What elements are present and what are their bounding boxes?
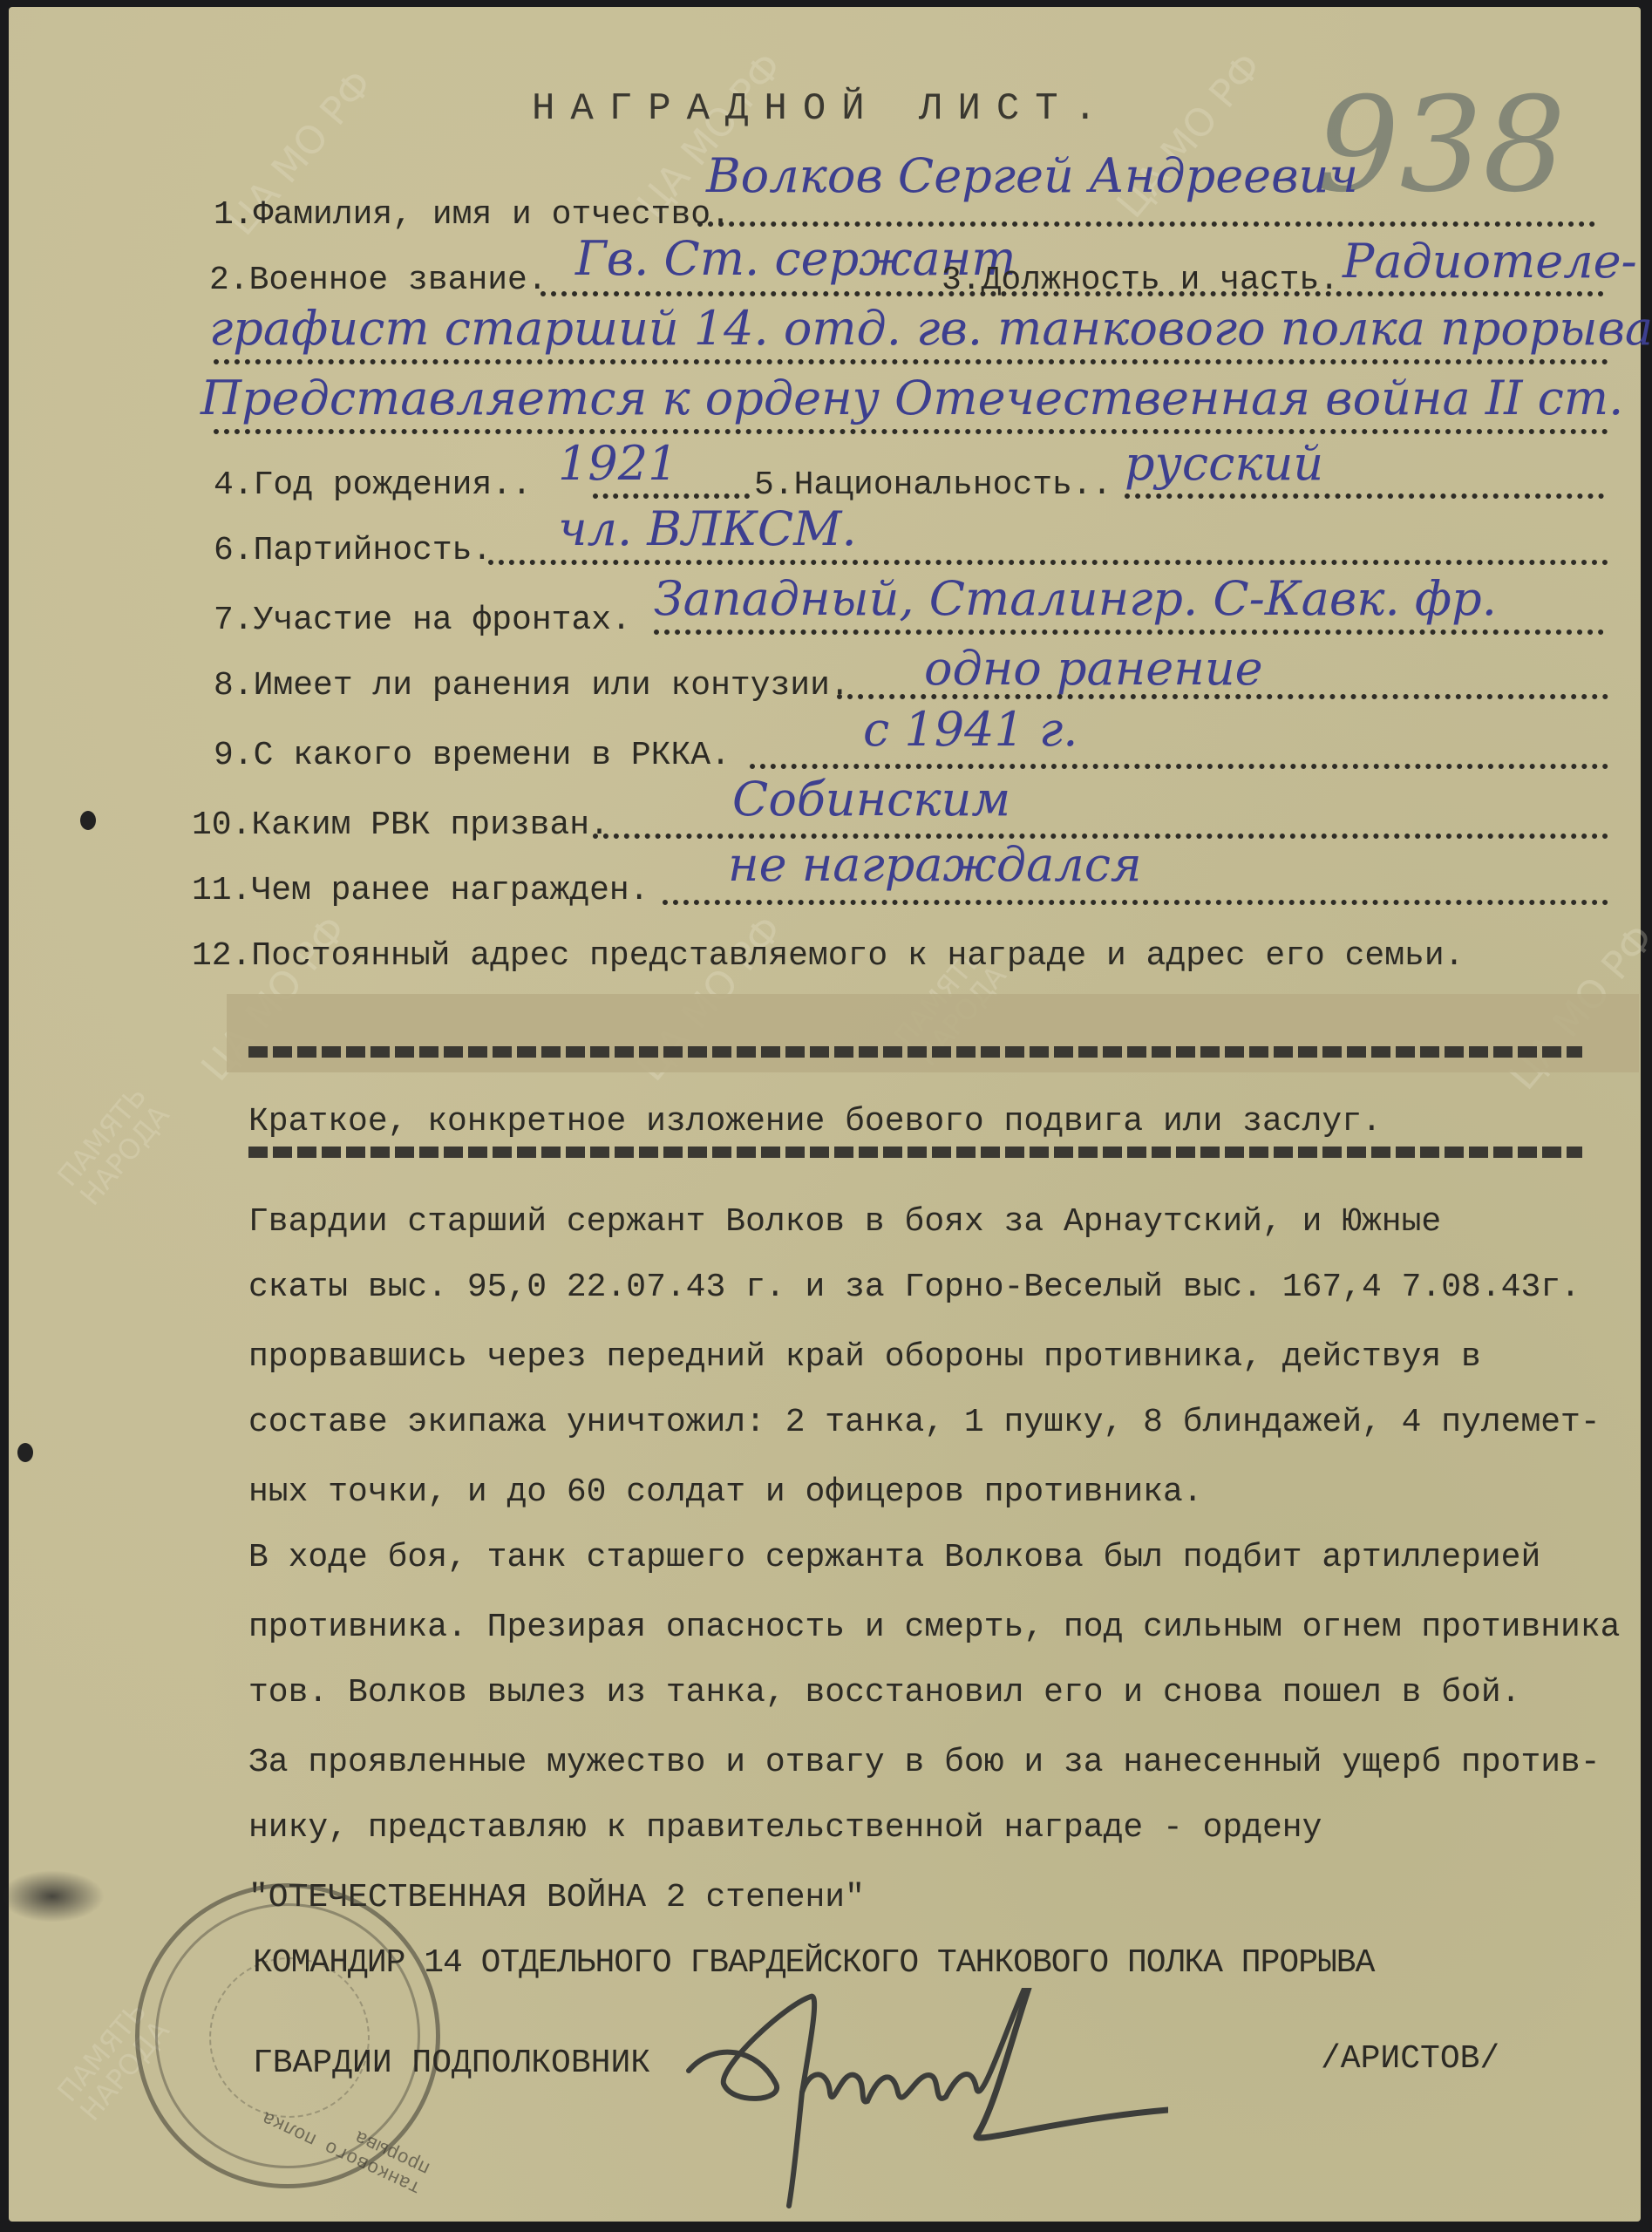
dotted-line [697, 218, 1595, 227]
field-9-value: с 1941 г. [863, 702, 1078, 757]
dotted-line [1125, 490, 1604, 499]
dotted-line [663, 896, 1608, 905]
dotted-line [214, 425, 1608, 434]
dotted-line [488, 556, 1608, 565]
field-4-value: 1921 [558, 436, 677, 491]
narrative-line: тов. Волков вылез из танка, восстановил … [248, 1674, 1520, 1711]
field-3-label: 3.Должность и часть. [942, 262, 1339, 299]
narrative-line: За проявленные мужество и отвагу в бою и… [248, 1744, 1601, 1781]
field-5-label: 5.Национальность.. [754, 466, 1112, 504]
dotted-line [214, 356, 1608, 364]
signatory-rank: ГВАРДИИ ПОДПОЛКОВНИК [253, 2045, 650, 2082]
field-10-label: 10.Каким РВК призван. [192, 806, 609, 844]
dotted-line [593, 490, 750, 499]
dotted-line [654, 626, 1604, 635]
signatory-position: КОМАНДИР 14 ОТДЕЛЬНОГО ГВАРДЕЙСКОГО ТАНК… [253, 1944, 1374, 1982]
ink-smudge [0, 1870, 105, 1922]
field-6-value: чл. ВЛКСМ. [558, 501, 857, 556]
field-3-continuation: графист старший 14. отд. гв. танкового п… [209, 301, 1652, 356]
narrative-line: В ходе боя, танк старшего сержанта Волко… [248, 1539, 1540, 1576]
separator-line [248, 1147, 1582, 1158]
field-11-value: не награждался [728, 837, 1142, 892]
field-6-label: 6.Партийность. [214, 532, 492, 569]
document-title: НАГРАДНОЙ ЛИСТ. [532, 87, 1112, 131]
signature-icon [680, 1988, 1168, 2215]
field-12-label: 12.Постоянный адрес представляемого к на… [192, 937, 1464, 975]
field-11-label: 11.Чем ранее награжден. [192, 872, 649, 909]
narrative-line: составе экипажа уничтожил: 2 танка, 1 пу… [248, 1404, 1601, 1441]
field-8-value: одно ранение [924, 641, 1263, 696]
field-3-nomination: Представляется к ордену Отечественная во… [201, 371, 1623, 425]
narrative-line: Гвардии старший сержант Волков в боях за… [248, 1203, 1441, 1241]
narrative-line: нику, представляю к правительственной на… [248, 1809, 1322, 1847]
dotted-line [837, 691, 1608, 699]
field-3-value: Радиотеле- [1343, 234, 1637, 289]
dotted-line [750, 760, 1608, 769]
narrative-line: скаты выс. 95,0 22.07.43 г. и за Горно-В… [248, 1269, 1581, 1306]
field-1-label: 1.Фамилия, имя и отчество. [214, 196, 731, 234]
punch-hole [17, 1443, 33, 1462]
field-4-label: 4.Год рождения.. [214, 466, 532, 504]
narrative-line: ных точки, и до 60 солдат и офицеров про… [248, 1473, 1203, 1511]
field-7-label: 7.Участие на фронтах. [214, 602, 631, 639]
field-1-value: Волков Сергей Андреевич [706, 148, 1358, 203]
section-heading: Краткое, конкретное изложение боевого по… [248, 1103, 1382, 1140]
field-2-label: 2.Военное звание. [209, 262, 547, 299]
field-9-label: 9.С какого времени в РККА. [214, 737, 731, 774]
field-8-label: 8.Имеет ли ранения или контузии. [214, 667, 850, 704]
field-5-value: русский [1125, 436, 1323, 491]
narrative-line: прорвавшись через передний край обороны … [248, 1338, 1481, 1376]
separator-line [248, 1046, 1582, 1058]
redacted-address [227, 994, 1639, 1072]
signatory-name: /АРИСТОВ/ [1321, 2040, 1499, 2078]
narrative-line: противника. Презирая опасность и смерть,… [248, 1609, 1620, 1646]
punch-hole [80, 811, 96, 830]
official-stamp: танкового полка прорыва [135, 1883, 440, 2188]
field-10-value: Собинским [732, 772, 1010, 827]
field-7-value: Западный, Сталингр. С-Кавк. фр. [654, 571, 1497, 626]
